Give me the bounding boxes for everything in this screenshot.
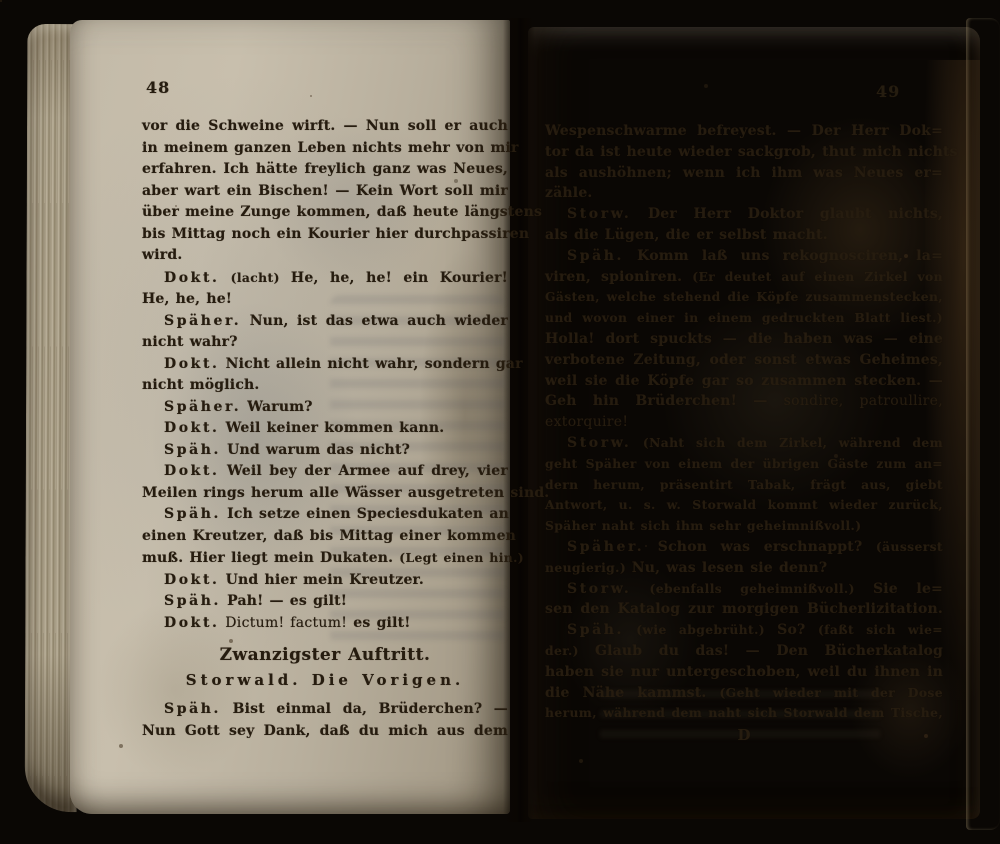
text-line: Nun Gott sey Dank, daß du mich aus dem [142, 721, 508, 743]
body-text: Glaub du das! — Den Bücherkatalog [595, 643, 943, 659]
text-line: Dokt. Dictum! factum! es gilt! [142, 613, 508, 635]
text-line: Storw. (ebenfalls geheimnißvoll.) Sie le… [545, 579, 943, 600]
body-text: Nu, was lesen sie denn? [632, 560, 828, 576]
body-text: Nicht allein nicht wahr, sondern gar [220, 356, 523, 372]
text-line: Späh. Bist einmal da, Brüderchen? — [142, 699, 508, 721]
text-line: sen den Katalog zur morgigen Bücherlizit… [545, 599, 943, 620]
stage-direction: neugierig.) [545, 560, 632, 575]
body-text: Storwald. Die Vorigen. [186, 671, 464, 689]
text-line: Späher. Warum? [142, 397, 508, 419]
body-text: Ich setze einen Speciesdukaten an [221, 506, 509, 522]
speaker-name: Dokt. [164, 463, 220, 479]
body-text: He, he, he! ein Kourier! [291, 270, 508, 286]
body-text: Schon was erschnappt? [644, 539, 876, 555]
scene-characters: Storwald. Die Vorigen. [142, 668, 508, 692]
text-line: Späher. Schon was erschnappt? (äusserst [545, 537, 943, 558]
text-line: Meilen rings herum alle Wässer ausgetret… [142, 483, 508, 505]
text-line: wird. [142, 245, 508, 267]
text-line: Dokt. (lacht) He, he, he! ein Kourier! [142, 267, 508, 290]
body-text: Der Herr Doktor glaubt nichts, [631, 206, 943, 222]
body-text: die Nähe kammst. [545, 685, 719, 701]
latin-text: Dictum! factum! [220, 615, 348, 631]
text-line: Späh. Pah! — es gilt! [142, 591, 508, 613]
body-text: muß. Hier liegt mein Dukaten. [142, 550, 399, 566]
stage-direction: herum, während dem naht sich Storwald de… [545, 705, 943, 720]
text-line: Dokt. Weil bey der Armee auf drey, vier [142, 461, 508, 483]
text-line: weil sie die Köpfe gar so zusammen steck… [545, 371, 943, 392]
text-line: muß. Hier liegt mein Dukaten. (Legt eine… [142, 547, 508, 570]
text-line: He, he, he! [142, 289, 508, 311]
body-text: Sie le= [873, 581, 943, 597]
body-text: erfahren. Ich hätte freylich ganz was Ne… [142, 161, 508, 177]
text-line: Späh. Komm laß uns rekognosciren, la= [545, 246, 943, 267]
stage-direction: dern herum, präsentirt Tabak, frägt aus,… [545, 477, 943, 492]
text-line: Dokt. Weil keiner kommen kann. [142, 418, 508, 440]
stage-direction: (Geht wieder mit der Dose [719, 685, 943, 700]
text-line: Späher naht sich ihm sehr geheimnißvoll.… [545, 516, 943, 537]
body-text: Geh hin Brüderchen! — [545, 393, 784, 409]
body-text: als die Lügen, die er selbst macht. [545, 227, 828, 243]
signature-mark: D [545, 726, 943, 744]
body-text: über meine Zunge kommen, daß heute längs… [142, 204, 542, 220]
stage-direction: und wovon einer in einem gedruckten Blat… [545, 310, 943, 325]
body-text: Und warum das nicht? [221, 442, 410, 458]
text-line: geht Späher von einem der übrigen Gäste … [545, 454, 943, 475]
stage-direction: geht Späher von einem der übrigen Gäste … [545, 456, 943, 471]
photo-background: { "colors":{"background":"#0a0704","pape… [0, 0, 1000, 844]
stage-direction: Gästen, welche stehend die Köpfe zusamme… [545, 289, 943, 304]
body-text: Und hier mein Kreutzer. [220, 572, 424, 588]
latin-text: extorquire! [545, 414, 628, 430]
speaker-name: Storw. [567, 435, 631, 451]
right-text-column: Wespenschwarme befreyest. — Der Herr Dok… [545, 121, 943, 744]
body-text: He, he, he! [142, 291, 232, 307]
body-text: tor da ist heute wieder sackgrob, thut m… [545, 144, 958, 160]
body-text: Meilen rings herum alle Wässer ausgetret… [142, 485, 549, 501]
text-line: aber wart ein Bischen! — Kein Wort soll … [142, 181, 508, 203]
page-number-left: 48 [146, 78, 170, 97]
text-line: nicht wahr? [142, 332, 508, 354]
text-line: über meine Zunge kommen, daß heute längs… [142, 202, 508, 224]
speaker-name: Späher. [164, 313, 241, 329]
text-line: zähle. [545, 183, 943, 204]
stage-direction: (Naht sich dem Zirkel, während dem [631, 435, 943, 450]
body-text: Komm laß uns rekognosciren, la= [624, 248, 943, 264]
body-text: wird. [142, 247, 182, 263]
body-text: Warum? [241, 399, 312, 415]
body-text: als aushöhnen; wenn ich ihm was Neues er… [545, 165, 943, 181]
left-text-column: vor die Schweine wirft. — Nun soll er au… [142, 116, 508, 742]
text-line: herum, während dem naht sich Storwald de… [545, 703, 943, 724]
text-line: als die Lügen, die er selbst macht. [545, 225, 943, 246]
text-line: nicht möglich. [142, 375, 508, 397]
body-text: Zwanzigster Auftritt. [220, 645, 431, 665]
body-text: Weil bey der Armee auf drey, vier [220, 463, 508, 479]
body-text: Holla! dort spuckts — die haben was — ei… [545, 331, 943, 347]
stage-direction: (ebenfalls geheimnißvoll.) [631, 581, 873, 596]
text-line: Antwort, u. s. w. Storwald kommt wieder … [545, 495, 943, 516]
speaker-name: Späher. [164, 399, 241, 415]
body-text: es gilt! [347, 615, 410, 631]
stage-direction: (lacht) [220, 270, 291, 285]
body-text: vor die Schweine wirft. — Nun soll er au… [142, 118, 508, 134]
body-text: Wespenschwarme befreyest. — Der Herr Dok… [545, 123, 943, 139]
text-line: in meinem ganzen Leben nichts mehr von m… [142, 138, 508, 160]
book-cover-edge [966, 18, 1000, 830]
text-line: Späh. (wie abgebrüht.) So? (faßt sich wi… [545, 620, 943, 641]
body-text: viren, spioniren. [545, 269, 692, 285]
speaker-name: Storw. [567, 206, 631, 222]
text-line: Späh. Ich setze einen Speciesdukaten an [142, 504, 508, 526]
body-text: nicht möglich. [142, 377, 260, 393]
body-text: Bist einmal da, Brüderchen? — [221, 701, 508, 717]
text-line: Gästen, welche stehend die Köpfe zusamme… [545, 287, 943, 308]
stage-direction: Späher naht sich ihm sehr geheimnißvoll.… [545, 518, 861, 533]
text-line: extorquire! [545, 412, 943, 433]
speaker-name: Späh. [164, 593, 221, 609]
stage-direction: Antwort, u. s. w. Storwald kommt wieder … [545, 497, 943, 512]
body-text: Nun Gott sey Dank, daß du mich aus dem [142, 723, 508, 739]
speaker-name: Späh. [164, 442, 221, 458]
text-line: bis Mittag noch ein Kourier hier durchpa… [142, 224, 508, 246]
text-line: vor die Schweine wirft. — Nun soll er au… [142, 116, 508, 138]
body-text: weil sie die Köpfe gar so zusammen steck… [545, 373, 943, 389]
text-line: Dokt. Und hier mein Kreutzer. [142, 570, 508, 592]
speaker-name: Storw. [567, 581, 631, 597]
text-line: tor da ist heute wieder sackgrob, thut m… [545, 142, 943, 163]
text-line: verbotene Zeitung, oder sonst etwas Gehe… [545, 350, 943, 371]
text-line: Geh hin Brüderchen! — sondire, patroulli… [545, 391, 943, 412]
text-line: Späh. Und warum das nicht? [142, 440, 508, 462]
text-line: Späher. Nun, ist das etwa auch wieder [142, 311, 508, 333]
text-line: neugierig.) Nu, was lesen sie denn? [545, 558, 943, 579]
text-line: die Nähe kammst. (Geht wieder mit der Do… [545, 683, 943, 704]
text-line: der.) Glaub du das! — Den Bücherkatalog [545, 641, 943, 662]
speaker-name: Dokt. [164, 572, 220, 588]
text-line: Wespenschwarme befreyest. — Der Herr Dok… [545, 121, 943, 142]
body-text: in meinem ganzen Leben nichts mehr von m… [142, 140, 519, 156]
stage-direction: (faßt sich wie= [818, 622, 943, 637]
stage-direction: der.) [545, 643, 595, 658]
stage-direction: (Er deutet auf einen Zirkel von [692, 269, 943, 284]
speaker-name: Dokt. [164, 615, 220, 631]
text-line: viren, spioniren. (Er deutet auf einen Z… [545, 267, 943, 288]
speaker-name: Späher. [567, 539, 644, 555]
text-line: als aushöhnen; wenn ich ihm was Neues er… [545, 163, 943, 184]
body-text: aber wart ein Bischen! — Kein Wort soll … [142, 183, 508, 199]
text-line: haben sie nur untergeschoben, weil du ih… [545, 662, 943, 683]
body-text: So? [777, 622, 818, 638]
speaker-name: Späh. [164, 701, 221, 717]
speaker-name: Späh. [567, 622, 624, 638]
body-text: Weil keiner kommen kann. [220, 420, 445, 436]
stage-direction: (Legt einen hin.) [399, 550, 524, 565]
speaker-name: Späh. [567, 248, 624, 264]
text-line: und wovon einer in einem gedruckten Blat… [545, 308, 943, 329]
body-text: haben sie nur untergeschoben, weil du ih… [545, 664, 943, 680]
speaker-name: Späh. [164, 506, 221, 522]
speaker-name: Dokt. [164, 356, 220, 372]
speaker-name: Dokt. [164, 420, 220, 436]
body-text: einen Kreutzer, daß bis Mittag einer kom… [142, 528, 516, 544]
stage-direction: (wie abgebrüht.) [624, 622, 777, 637]
text-line: Storw. (Naht sich dem Zirkel, während de… [545, 433, 943, 454]
body-text: sen den Katalog zur morgigen Bücherlizit… [545, 601, 943, 617]
body-text: zähle. [545, 185, 593, 201]
text-line: Holla! dort spuckts — die haben was — ei… [545, 329, 943, 350]
body-text: Nun, ist das etwa auch wieder [241, 313, 508, 329]
stage-direction: (äusserst [876, 539, 943, 554]
body-text: verbotene Zeitung, oder sonst etwas Gehe… [545, 352, 943, 368]
text-line: erfahren. Ich hätte freylich ganz was Ne… [142, 159, 508, 181]
body-text: Pah! — es gilt! [221, 593, 347, 609]
text-line: Dokt. Nicht allein nicht wahr, sondern g… [142, 354, 508, 376]
page-number-right: 49 [876, 82, 900, 101]
body-text: bis Mittag noch ein Kourier hier durchpa… [142, 226, 529, 242]
scene-heading: Zwanzigster Auftritt. [142, 642, 508, 668]
latin-text: sondire, patroullire, [784, 393, 943, 409]
speaker-name: Dokt. [164, 270, 220, 286]
paper-specks [0, 0, 2, 2]
body-text: nicht wahr? [142, 334, 238, 350]
text-line: Storw. Der Herr Doktor glaubt nichts, [545, 204, 943, 225]
text-line: einen Kreutzer, daß bis Mittag einer kom… [142, 526, 508, 548]
text-line: dern herum, präsentirt Tabak, frägt aus,… [545, 475, 943, 496]
